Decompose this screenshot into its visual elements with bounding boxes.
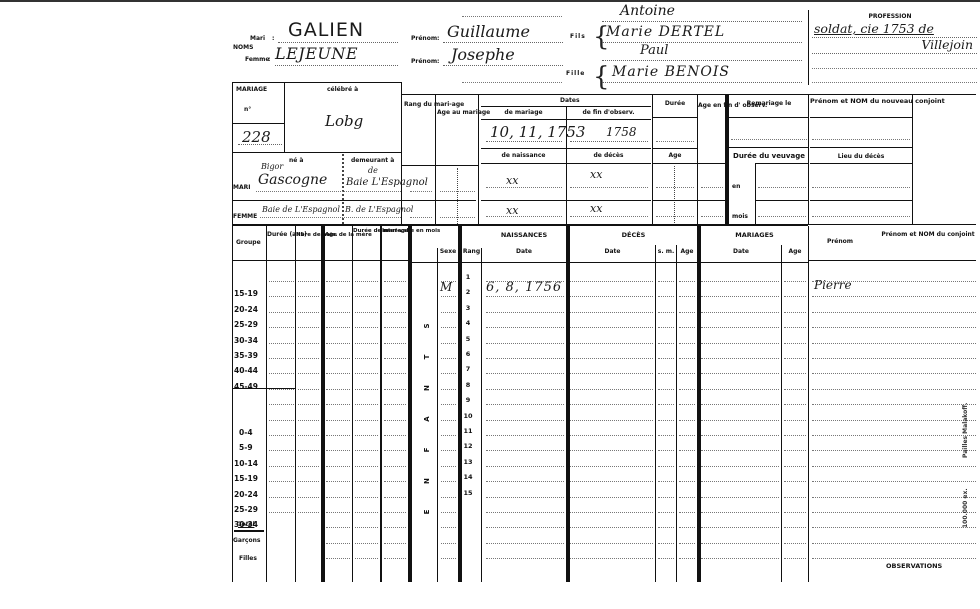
row-rule: [326, 466, 350, 467]
rule: [912, 94, 913, 225]
row-rule: [384, 281, 406, 282]
row-rule: [570, 281, 653, 282]
rang-mariage-label: Rang du mari-age: [404, 100, 432, 110]
row-rule: [701, 296, 779, 297]
row-rule: [812, 343, 976, 344]
rank-number: 14: [462, 473, 474, 481]
enfants-letter: T: [423, 351, 431, 363]
rule: [352, 226, 353, 582]
row-rule: [269, 404, 294, 405]
row-rule: [570, 527, 653, 528]
rule: [482, 262, 566, 263]
colon: :: [272, 35, 274, 42]
row-rule: [486, 420, 564, 421]
row-rule: [679, 497, 695, 498]
rule: [698, 163, 725, 164]
row-rule: [384, 466, 406, 467]
rule: [401, 94, 976, 95]
row-rule: [355, 466, 378, 467]
enfants-letter: S: [423, 320, 431, 332]
row-rule: [658, 358, 674, 359]
row-rule: [658, 466, 674, 467]
rule: [232, 82, 233, 225]
row-rule: [384, 296, 406, 297]
row-rule: [701, 466, 779, 467]
mari-deces-value[interactable]: xx: [590, 168, 602, 181]
rule: [380, 226, 382, 582]
row-rule: [326, 373, 350, 374]
rang-header: Rang: [462, 248, 481, 255]
row-rule: [812, 358, 976, 359]
row-rule: [441, 512, 456, 513]
group-label: 5-9: [234, 443, 269, 452]
group-label: 20-24: [234, 305, 264, 314]
row-rule: [570, 558, 653, 559]
row-rule: [812, 435, 976, 436]
femme-deces-value[interactable]: xx: [590, 202, 602, 215]
row-rule: [486, 343, 564, 344]
row-rule: [298, 466, 319, 467]
group-label: 15-19: [234, 474, 264, 483]
row-rule: [384, 420, 406, 421]
row-rule: [441, 527, 456, 528]
row-rule: [658, 312, 674, 313]
dates-label: Dates: [560, 97, 580, 104]
fille-mere-value: Marie BENOIS: [612, 64, 730, 80]
row-rule: [441, 327, 456, 328]
femme-prenom-field[interactable]: Josephe: [443, 47, 563, 66]
row-rule: [701, 327, 779, 328]
profession-field-1[interactable]: soldat, cie 1753 de: [812, 23, 977, 38]
row-rule: [441, 481, 456, 482]
date-fin-observ-value: 1758: [606, 125, 637, 139]
row-rule: [298, 343, 319, 344]
profession-line-4: [812, 82, 977, 83]
row-rule: [355, 435, 378, 436]
rule: [486, 216, 562, 217]
group-label: 35-39: [234, 351, 264, 360]
row-rule: [355, 543, 378, 544]
row-rule: [784, 343, 806, 344]
row-rule: [570, 327, 653, 328]
row-rule: [679, 527, 695, 528]
enfants-letter: N: [423, 475, 431, 487]
rule: [810, 147, 912, 148]
child-2-prenom[interactable]: Pierre: [814, 278, 852, 292]
rule: [570, 187, 648, 188]
rank-number: 10: [462, 412, 474, 420]
femme-prenom-value: Josephe: [451, 45, 515, 64]
rule: [729, 147, 808, 148]
row-rule: [679, 543, 695, 544]
mari-ne-a-line1: Bigor: [261, 162, 283, 171]
mariages-header: MARIAGES: [701, 231, 808, 239]
child-2-sexe[interactable]: M: [440, 280, 452, 294]
row-rule: [441, 558, 456, 559]
rule: [731, 139, 807, 140]
groupe-header: Groupe: [236, 239, 261, 246]
total-label: Total: [238, 521, 254, 528]
row-rule: [679, 404, 695, 405]
rule: [401, 82, 402, 225]
mariage-label: MARIAGE: [236, 86, 267, 93]
row-rule: [486, 389, 564, 390]
row-rule: [812, 327, 976, 328]
row-rule: [269, 435, 294, 436]
row-rule: [441, 343, 456, 344]
lieu-deces-label: Lieu du décès: [810, 153, 912, 160]
row-rule: [326, 327, 350, 328]
naissance-date-header: Date: [482, 248, 566, 255]
demeurant-label: demeurant à: [351, 157, 394, 164]
row-rule: [298, 420, 319, 421]
mari-nom-value: GALIEN: [288, 19, 364, 41]
profession-value-1: soldat, cie 1753 de: [814, 21, 934, 36]
row-rule: [679, 281, 695, 282]
rule: [755, 163, 808, 164]
row-rule: [298, 389, 319, 390]
row-rule: [679, 450, 695, 451]
row-rule: [326, 343, 350, 344]
row-rule: [812, 543, 976, 544]
no-label: n°: [244, 106, 251, 113]
row-rule: [384, 497, 406, 498]
row-rule: [486, 512, 564, 513]
row-rule: [298, 373, 319, 374]
row-rule: [355, 404, 378, 405]
femme-nom-field[interactable]: LEJEUNE: [275, 46, 398, 66]
mari-prenom-value: Guillaume: [447, 22, 530, 41]
row-rule: [384, 481, 406, 482]
rule: [810, 163, 912, 164]
row-rule: [701, 343, 779, 344]
row-rule: [355, 358, 378, 359]
rule: [232, 224, 808, 226]
row-rule: [355, 312, 378, 313]
row-rule: [812, 450, 976, 451]
row-rule: [658, 389, 674, 390]
row-rule: [701, 450, 779, 451]
row-rule: [701, 404, 779, 405]
fils-pere-field[interactable]: Antoine: [602, 6, 802, 22]
rule: [410, 217, 432, 218]
row-rule: [384, 558, 406, 559]
row-rule: [570, 404, 653, 405]
rule: [440, 217, 475, 218]
profession-label: PROFESSION: [850, 13, 930, 20]
rule: [812, 216, 910, 217]
row-rule: [441, 450, 456, 451]
row-rule: [269, 450, 294, 451]
rule: [656, 187, 694, 188]
rule: [808, 94, 809, 225]
row-rule: [326, 404, 350, 405]
mari-row-label: MARI: [233, 184, 250, 191]
row-rule: [298, 358, 319, 359]
rank-number: 3: [462, 304, 474, 312]
row-rule: [570, 358, 653, 359]
row-rule: [441, 373, 456, 374]
rule: [232, 260, 408, 261]
row-rule: [486, 466, 564, 467]
row-rule: [486, 327, 564, 328]
divider-dotted: [457, 168, 458, 224]
row-rule: [298, 327, 319, 328]
row-rule: [355, 450, 378, 451]
row-rule: [570, 512, 653, 513]
row-rule: [658, 343, 674, 344]
fille-label: Fille: [566, 70, 585, 77]
rule: [410, 191, 432, 192]
rule: [810, 200, 912, 201]
row-rule: [570, 389, 653, 390]
deces-header: DÉCÈS: [570, 231, 697, 239]
row-rule: [326, 312, 350, 313]
rule: [656, 216, 694, 217]
row-rule: [441, 312, 456, 313]
row-rule: [812, 512, 976, 513]
row-rule: [679, 420, 695, 421]
row-rule: [355, 512, 378, 513]
row-rule: [701, 481, 779, 482]
rule: [808, 226, 809, 582]
row-rule: [658, 327, 674, 328]
sexe-header: Sexe: [438, 248, 458, 255]
mariage-numero-field[interactable]: 228: [238, 130, 282, 145]
group-label: 20-24: [234, 490, 264, 499]
row-rule: [384, 512, 406, 513]
row-rule: [658, 420, 674, 421]
row-rule: [486, 497, 564, 498]
row-rule: [784, 281, 806, 282]
row-rule: [812, 420, 976, 421]
row-rule: [269, 312, 294, 313]
row-rule: [679, 389, 695, 390]
row-rule: [658, 527, 674, 528]
rank-number: 2: [462, 288, 474, 296]
mariage-date-header: Date: [701, 248, 781, 255]
row-rule: [486, 527, 564, 528]
date-mariage-field[interactable]: 10, 11, 1753: [486, 124, 562, 142]
rule: [412, 262, 437, 263]
rule: [437, 248, 438, 582]
rule: [481, 148, 651, 149]
row-rule: [701, 312, 779, 313]
row-rule: [384, 389, 406, 390]
row-rule: [784, 358, 806, 359]
row-rule: [812, 558, 976, 559]
child-2-naissance-date[interactable]: 6, 8, 1756: [486, 280, 562, 295]
filles-label: Filles: [239, 555, 257, 562]
row-rule: [812, 389, 976, 390]
mari-prenom-field[interactable]: Guillaume: [443, 24, 563, 43]
row-rule: [784, 512, 806, 513]
row-rule: [679, 358, 695, 359]
rule: [755, 163, 756, 224]
row-rule: [658, 450, 674, 451]
rule: [232, 226, 233, 582]
row-rule: [784, 389, 806, 390]
row-rule: [355, 481, 378, 482]
rule: [810, 117, 912, 118]
naissances-header: NAISSANCES: [482, 231, 566, 239]
row-rule: [812, 466, 976, 467]
colon: :: [437, 35, 439, 42]
rule: [698, 200, 725, 201]
row-rule: [570, 450, 653, 451]
duree-mariage-header: Durée de mariage: [353, 228, 380, 235]
date-fin-observ-field[interactable]: 1758: [570, 124, 648, 142]
row-rule: [441, 404, 456, 405]
row-rule: [812, 497, 976, 498]
row-rule: [784, 373, 806, 374]
row-rule: [269, 281, 294, 282]
rule: [266, 226, 267, 582]
femme-row-label: FEMME: [233, 213, 257, 220]
row-rule: [570, 466, 653, 467]
rule: [481, 200, 651, 201]
row-rule: [570, 420, 653, 421]
rule: [233, 123, 284, 124]
mari-demeurant-value[interactable]: Baie L'Espagnol: [346, 177, 428, 188]
rule: [256, 191, 401, 192]
row-rule: [326, 281, 350, 282]
de-mariage-label: de mariage: [481, 109, 566, 116]
femme-demeurant-value[interactable]: B. de L'Espagnol: [345, 205, 413, 214]
enfants-letter: N: [423, 382, 431, 394]
row-rule: [486, 312, 564, 313]
row-rule: [441, 389, 456, 390]
row-rule: [701, 389, 779, 390]
mari-ne-a-value[interactable]: Gascogne: [258, 172, 327, 188]
age-mariage-label: Age au mariage: [437, 108, 477, 118]
row-rule: [298, 450, 319, 451]
femme-label: Femme: [245, 56, 270, 63]
rule: [812, 139, 910, 140]
rule: [655, 245, 656, 582]
rule: [478, 94, 479, 225]
rule: [653, 200, 697, 201]
mari-nom-field[interactable]: GALIEN: [278, 23, 398, 43]
row-rule: [298, 435, 319, 436]
garcons-label: Garçons: [233, 537, 260, 544]
rule: [725, 94, 729, 225]
row-rule: [784, 527, 806, 528]
row-rule: [355, 497, 378, 498]
rule: [438, 262, 458, 263]
row-rule: [384, 435, 406, 436]
group-label: 45-49: [234, 382, 264, 391]
rule: [570, 216, 648, 217]
row-rule: [701, 527, 779, 528]
row-rule: [269, 497, 294, 498]
row-rule: [658, 435, 674, 436]
rule: [486, 187, 562, 188]
fille-mere-field[interactable]: Marie BENOIS: [602, 65, 802, 83]
row-rule: [326, 512, 350, 513]
femme-nom-value: LEJEUNE: [275, 44, 358, 63]
age-label: Age: [653, 152, 697, 159]
row-rule: [486, 435, 564, 436]
row-rule: [384, 343, 406, 344]
conjoint-header: Prénom et NOM du conjoint: [880, 230, 976, 240]
row-rule: [658, 481, 674, 482]
row-rule: [269, 512, 294, 513]
rule: [440, 191, 475, 192]
row-rule: [269, 389, 294, 390]
row-rule: [679, 481, 695, 482]
colon: :: [437, 58, 439, 65]
rule: [812, 187, 910, 188]
rank-number: 13: [462, 458, 474, 466]
row-rule: [812, 373, 976, 374]
mois-label: mois: [732, 213, 748, 220]
duree-ans-header: Durée (ans): [267, 231, 295, 239]
rule: [697, 94, 698, 225]
row-rule: [326, 527, 350, 528]
mari-prenom-label: Prénom: [411, 35, 437, 42]
row-rule: [784, 327, 806, 328]
rule: [295, 226, 296, 582]
rule: [652, 94, 653, 225]
duree-label: Durée: [653, 100, 697, 107]
mariage-lieu-value[interactable]: Lobg: [325, 112, 363, 130]
profession-field-2[interactable]: Villejoin: [812, 40, 977, 54]
row-rule: [326, 296, 350, 297]
row-rule: [326, 435, 350, 436]
rule: [653, 117, 697, 118]
fils-mere-field[interactable]: Marie DERTEL: [602, 25, 802, 43]
observations-label: OBSERVATIONS: [886, 562, 942, 570]
row-rule: [784, 450, 806, 451]
row-rule: [812, 527, 976, 528]
row-rule: [355, 420, 378, 421]
row-rule: [441, 296, 456, 297]
row-rule: [658, 373, 674, 374]
row-rule: [326, 420, 350, 421]
row-rule: [570, 296, 653, 297]
row-rule: [679, 312, 695, 313]
row-rule: [701, 435, 779, 436]
deces-date-header: Date: [570, 248, 655, 255]
row-rule: [298, 281, 319, 282]
intervalle-header: Inter-valle en mois: [382, 228, 408, 235]
rank-number: 1: [462, 273, 474, 281]
rule: [408, 226, 412, 582]
fille-pere-field[interactable]: Paul: [602, 47, 802, 61]
nbre-nais-header: Nbre de nais.: [296, 231, 321, 239]
row-rule: [784, 420, 806, 421]
row-rule: [441, 358, 456, 359]
de-deces-label: de décès: [566, 152, 651, 159]
rule: [232, 152, 402, 153]
row-rule: [701, 358, 779, 359]
group-label: 30-34: [234, 336, 264, 345]
row-rule: [326, 389, 350, 390]
row-rule: [658, 512, 674, 513]
femme-ne-a-value[interactable]: Baie de L'Espagnol: [262, 205, 340, 214]
row-rule: [355, 373, 378, 374]
row-rule: [701, 512, 779, 513]
row-rule: [784, 312, 806, 313]
rule: [232, 82, 402, 83]
row-rule: [486, 450, 564, 451]
row-rule: [486, 296, 564, 297]
row-rule: [441, 420, 456, 421]
mari-naissance-value[interactable]: xx: [506, 174, 518, 187]
row-rule: [355, 389, 378, 390]
row-rule: [701, 497, 779, 498]
